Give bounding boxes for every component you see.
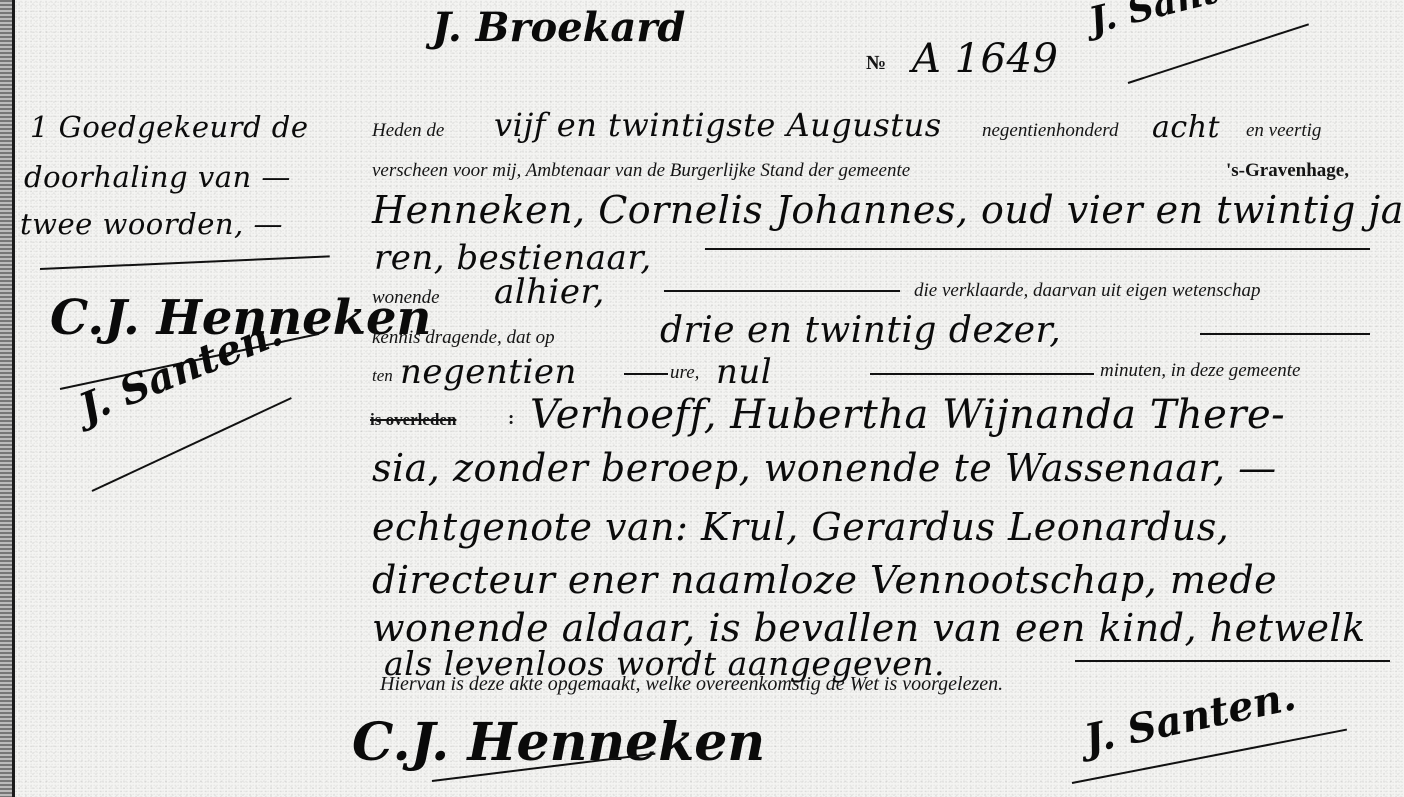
- hand-line-11: directeur ener naamloze Vennootschap, me…: [372, 558, 1277, 602]
- hand-year: acht: [1152, 110, 1220, 145]
- footer-signature-official: J. Santen.: [1080, 672, 1300, 763]
- printed-minuten: minuten, in deze gemeente: [1100, 360, 1300, 382]
- hand-deceased-name: Verhoeff, Hubertha Wijnanda There-: [530, 392, 1285, 438]
- fill-line: [624, 373, 668, 375]
- hand-declarant: Henneken, Cornelis Johannes, oud vier en…: [372, 188, 1404, 232]
- fill-line: [705, 248, 1370, 250]
- page-binding-edge: [0, 0, 15, 797]
- printed-verklaarde: die verklaarde, daarvan uit eigen wetens…: [914, 280, 1260, 302]
- margin-note-line-1: 1 Goedgekeurd de: [30, 110, 309, 144]
- margin-note-line-2: doorhaling van —: [24, 160, 291, 194]
- printed-kennis-dragende: kennis dragende, dat op: [372, 327, 555, 349]
- record-number: A 1649: [912, 36, 1058, 82]
- number-symbol: №: [866, 52, 886, 75]
- printed-ure: ure,: [670, 362, 699, 384]
- hand-date: vijf en twintigste Augustus: [494, 106, 942, 144]
- colon: :: [508, 408, 514, 430]
- printed-municipality: 's-Gravenhage,: [1226, 160, 1349, 182]
- hand-residence: alhier,: [494, 272, 605, 312]
- margin-note-line-3: twee woorden, —: [20, 207, 283, 241]
- fill-line: [870, 373, 1094, 375]
- printed-heden-de: Heden de: [372, 120, 444, 142]
- printed-negentienhonderd: negentienhonderd: [982, 120, 1118, 142]
- printed-closing: Hiervan is deze akte opgemaakt, welke ov…: [380, 673, 1003, 696]
- printed-struck-is-overleden: is overleden: [370, 410, 456, 430]
- top-signature: J. Broekard: [432, 4, 685, 51]
- margin-divider: [40, 255, 330, 270]
- fill-line: [664, 290, 900, 292]
- hand-hour: negentien: [400, 352, 577, 392]
- signature-underline: [1128, 23, 1309, 84]
- hand-line-10: echtgenote van: Krul, Gerardus Leonardus…: [372, 505, 1229, 549]
- fill-line: [1200, 333, 1370, 335]
- hand-minutes: nul: [716, 352, 772, 392]
- printed-wonende: wonende: [372, 287, 440, 309]
- top-right-signature: J. Santen: [1085, 0, 1270, 42]
- printed-verscheen: verscheen voor mij, Ambtenaar van de Bur…: [372, 160, 910, 182]
- printed-en-veertig: en veertig: [1246, 120, 1321, 142]
- fill-line: [1075, 660, 1390, 662]
- printed-ten: ten: [372, 366, 393, 386]
- hand-event-date: drie en twintig dezer,: [660, 310, 1061, 351]
- hand-line-9: sia, zonder beroep, wonende te Wassenaar…: [372, 446, 1277, 490]
